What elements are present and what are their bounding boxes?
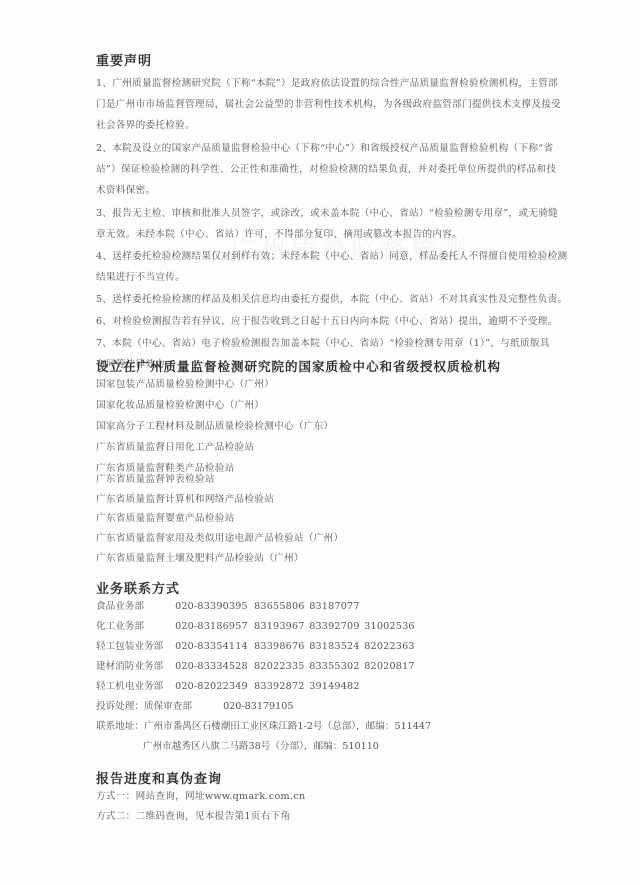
- query-method-qrcode: 方式二：二维码查询，见本报告第1页右下角: [96, 808, 290, 822]
- institution-item: 国家高分子工程材料及制品质量检验检测中心（广东）: [96, 418, 333, 432]
- institution-item: 广东省质量监督日用化工产品检验站: [96, 439, 254, 453]
- notice-line: 站”）保证检验检测的科学性、公正性和准确性，对检验检测的结果负责，并对委托单位所…: [96, 161, 556, 175]
- contacts-title: 业务联系方式: [96, 578, 180, 597]
- contact-row: 食品业务部 020-83390395 83655806 83187077: [96, 598, 361, 612]
- contact-row: 化工业务部 020-83186957 83193967 83392709 310…: [96, 618, 416, 632]
- notice-line: 5、送样委托检验检测的样品及相关信息均由委托方提供，本院（中心、省站）不对其真实…: [96, 291, 567, 305]
- institution-item: 广东省质量监督计算机和网络产品检验站: [96, 491, 274, 505]
- notice-line: 结果进行不当宣传。: [96, 269, 185, 283]
- query-title: 报告进度和真伪查询: [96, 768, 222, 787]
- department-name: 化工业务部: [96, 618, 172, 632]
- department-name: 食品业务部: [96, 598, 172, 612]
- phone-number: 020-83354114: [175, 641, 251, 652]
- notice-line: 6、对检验检测报告若有异议，应于报告收到之日起十五日内向本院（中心、省站）提出，…: [96, 313, 558, 327]
- phone-number: 83187077: [309, 601, 361, 612]
- address-label: 联系地址：: [96, 721, 144, 732]
- phone-number: 020-83390395: [175, 601, 251, 612]
- notice-line: 7、本院（中心、省站）电子检验检测报告加盖本院（中心、省站）“检验检测专用章（1…: [96, 335, 550, 349]
- phone-number: 83392872: [254, 681, 306, 692]
- phone-number: 83398676: [254, 641, 306, 652]
- phone-number: 020-82022349: [175, 681, 251, 692]
- notice-title: 重要声明: [96, 50, 152, 69]
- complaint-row: 投诉处理：质保审查部 020-83179105: [96, 698, 293, 712]
- notice-line: 1、广州质量监督检测研究院（下称“本院”）是政府依法设置的综合性产品质量监督检验…: [96, 75, 558, 89]
- contact-row: 轻工包装业务部 020-83354114 83398676 83183524 8…: [96, 638, 416, 652]
- phone-number: 31002536: [364, 621, 416, 632]
- institution-item: 广东省质量监督土壤及肥料产品检验站（广州）: [96, 550, 304, 564]
- notice-line: 术资料保密。: [96, 182, 155, 196]
- institution-item: 广东省质量监督婴童产品检验站: [96, 510, 235, 524]
- phone-number: 82020817: [364, 661, 416, 672]
- institution-item: 广东省质量监督钟表检验站: [96, 471, 215, 485]
- address-headquarters: 广州市番禺区石楼潮田工业区珠江路1-2号（总部），邮编：511447: [144, 721, 431, 732]
- phone-number: 020-83186957: [175, 621, 251, 632]
- notice-line: 4、送样委托检验检测结果仅对到样有效；未经本院（中心、省站）同意，样品委托人不得…: [96, 248, 567, 262]
- phone-number: 020-83334528: [175, 661, 251, 672]
- notice-line: 2、本院及设立的国家产品质量监督检验中心（下称“中心”）和省级授权产品质量监督检…: [96, 140, 553, 154]
- notice-line: 社会各界的委托检验。: [96, 117, 195, 131]
- document-page: 广州质量监督检测 重要声明 1、广州质量监督检测研究院（下称“本院”）是政府依法…: [0, 0, 640, 885]
- institution-item: 广东省质量监督家用及类似用途电源产品检验站（广州）: [96, 530, 343, 544]
- contact-row: 建材消防业务部 020-83334528 82022335 83355302 8…: [96, 658, 416, 672]
- phone-number: 39149482: [309, 681, 361, 692]
- notice-line: 章无效。未经本院（中心、省站）许可，不得部分复印、摘用或篡改本报告的内容。: [96, 226, 462, 240]
- phone-number: 83183524: [309, 641, 361, 652]
- address-branch: 广州市越秀区八旗二马路38号（分部），邮编：510110: [143, 738, 379, 752]
- department-name: 建材消防业务部: [96, 658, 172, 672]
- complaint-phone: 020-83179105: [223, 701, 293, 712]
- complaint-label: 投诉处理：质保审查部: [96, 698, 220, 712]
- notice-line: 3、报告无主检、审核和批准人员签字，或涂改，或未盖本院（中心、省站）“检验检测专…: [96, 205, 558, 219]
- institution-item: 国家包装产品质量检验检测中心（广州）: [96, 376, 274, 390]
- phone-number: 83355302: [309, 661, 361, 672]
- institutions-title: 设立在广州质量监督检测研究院的国家质检中心和省级授权质检机构: [96, 357, 501, 375]
- institution-item: 国家化妆品质量检验检测中心（广州）: [96, 397, 264, 411]
- phone-number: 82022363: [364, 641, 416, 652]
- phone-number: 83392709: [309, 621, 361, 632]
- notice-line: 门是广州市市场监督管理局，属社会公益型的非营利性技术机构，为各级政府监管部门提供…: [96, 96, 561, 110]
- department-name: 轻工机电业务部: [96, 678, 172, 692]
- contact-row: 轻工机电业务部 020-82022349 83392872 39149482: [96, 678, 361, 692]
- department-name: 轻工包装业务部: [96, 638, 172, 652]
- address-row: 联系地址：广州市番禺区石楼潮田工业区珠江路1-2号（总部），邮编：511447: [96, 718, 431, 732]
- phone-number: 82022335: [254, 661, 306, 672]
- query-method-website: 方式一：网站查询，网址www.qmark.com.cn: [96, 788, 305, 802]
- phone-number: 83193967: [254, 621, 306, 632]
- phone-number: 83655806: [254, 601, 306, 612]
